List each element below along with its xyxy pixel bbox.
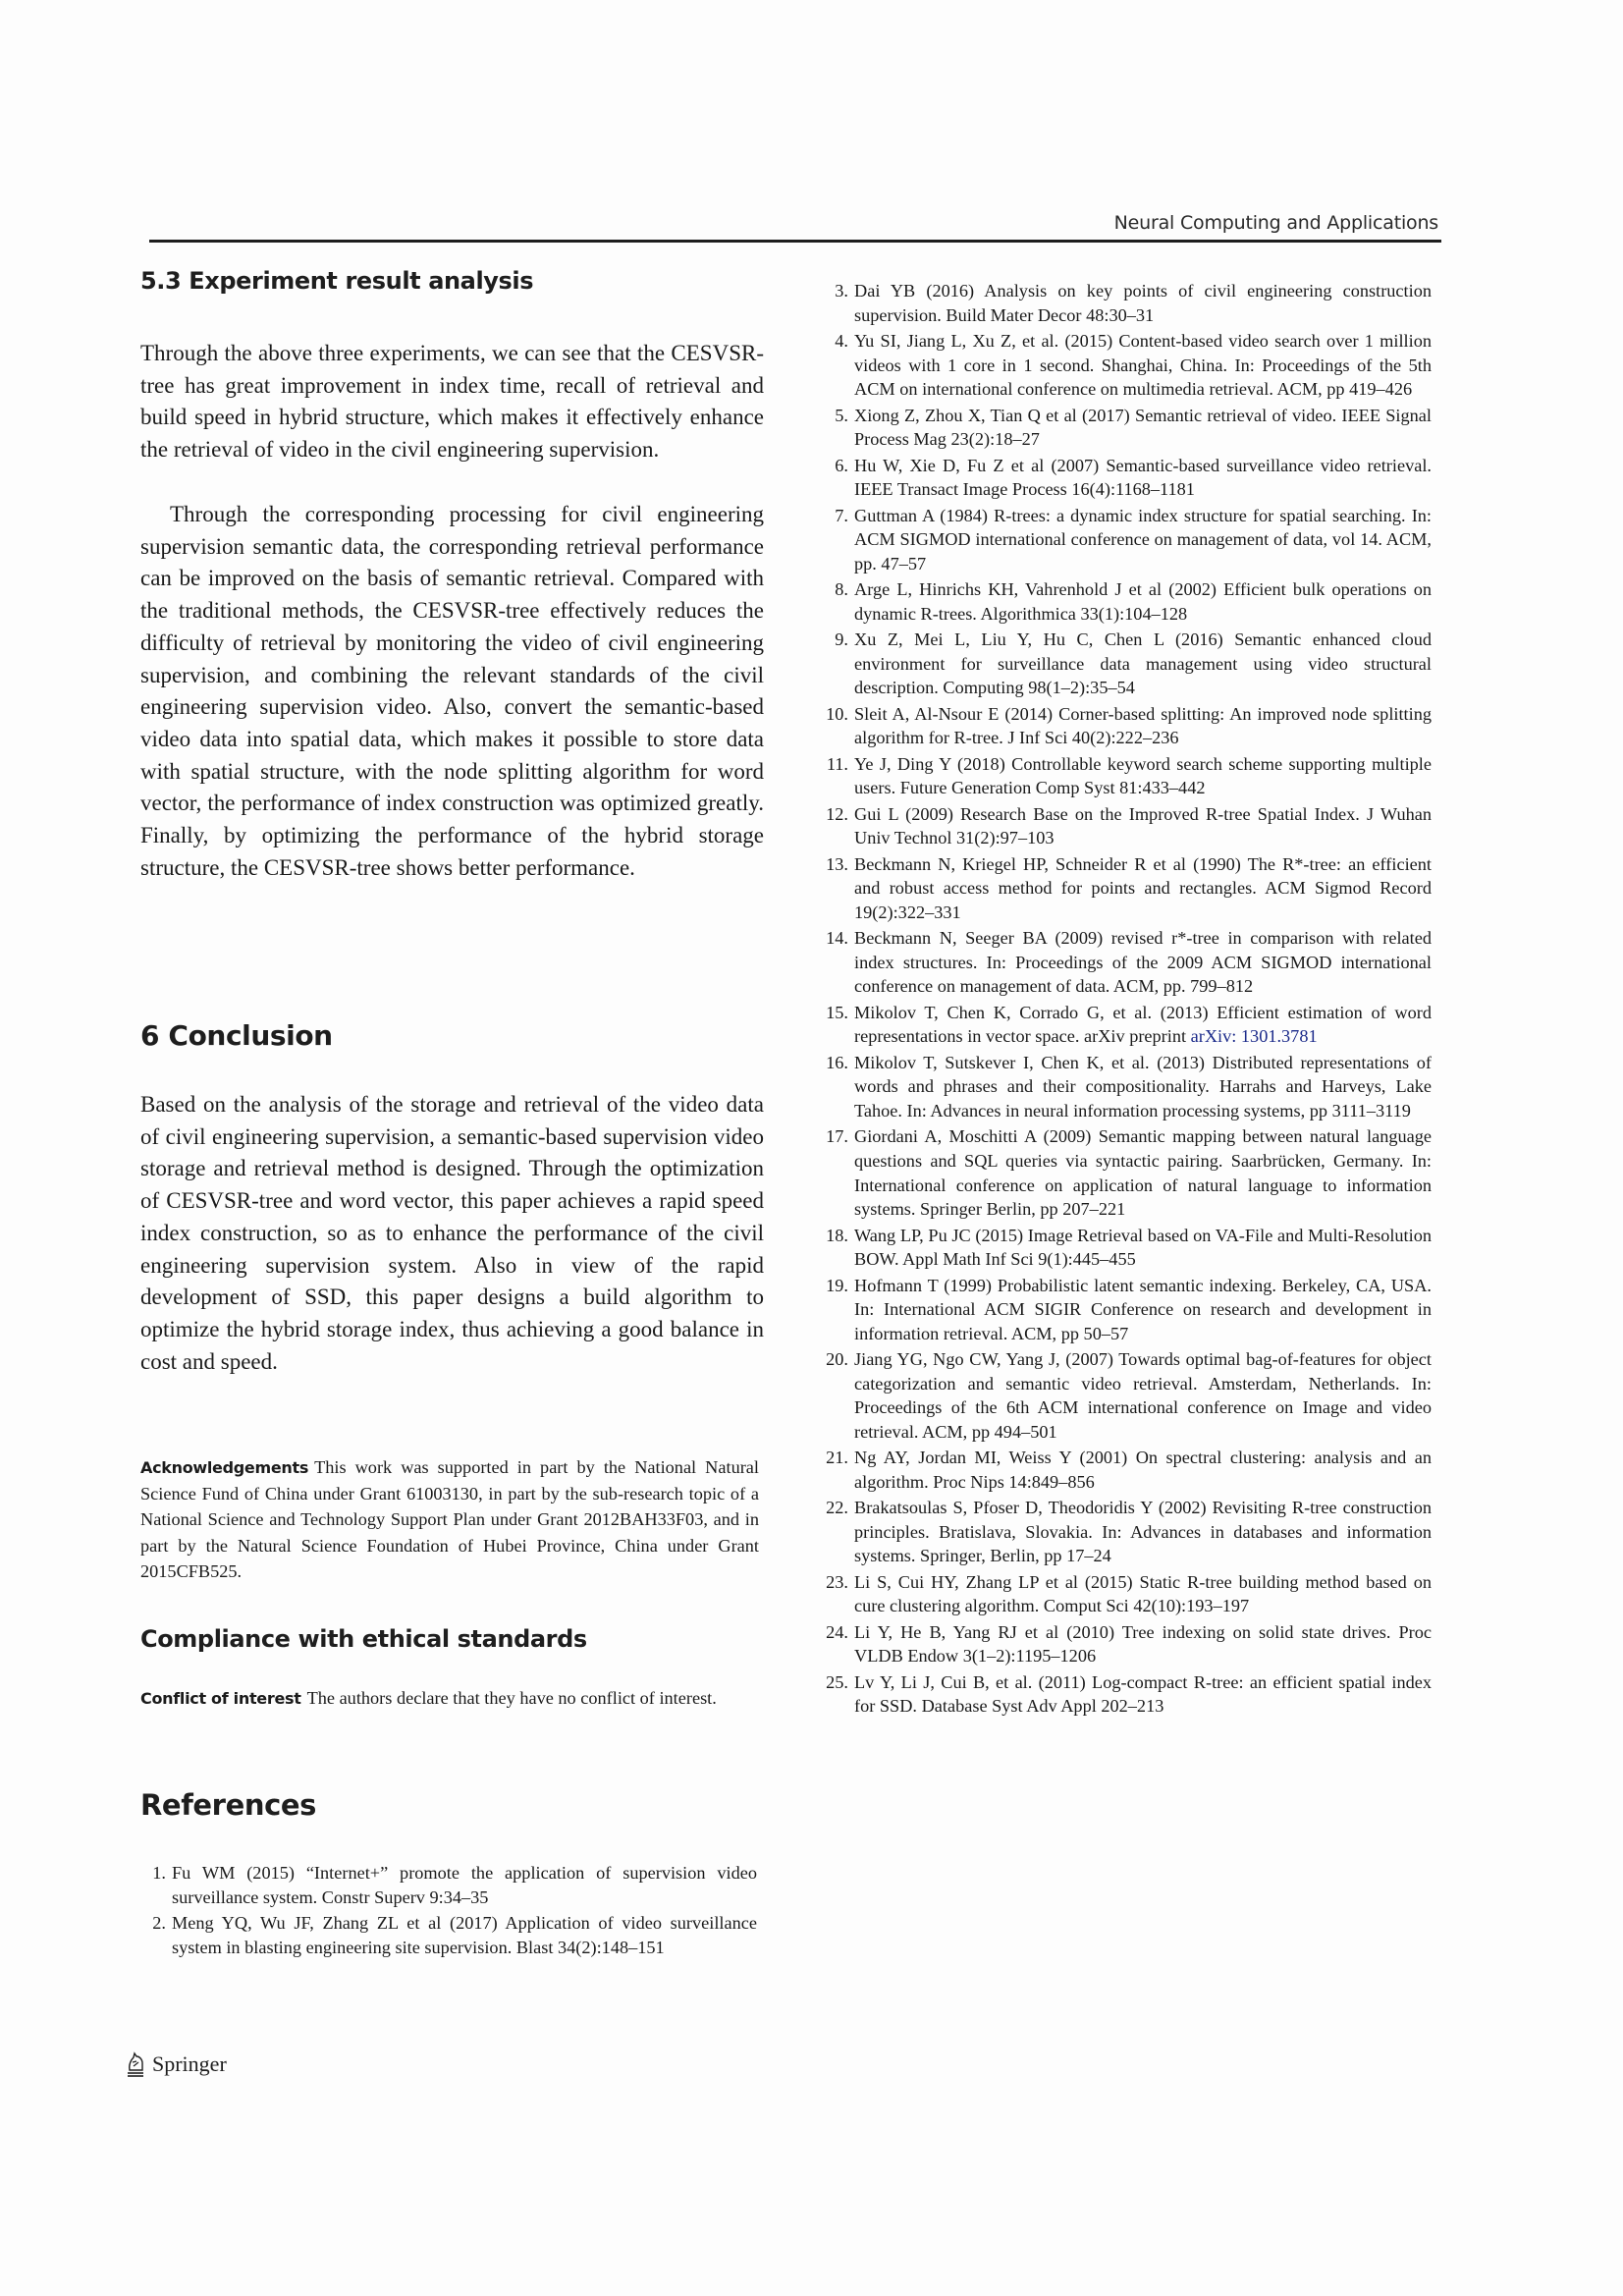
compliance-heading: Compliance with ethical standards [140, 1625, 587, 1653]
reference-item: 13.Beckmann N, Kriegel HP, Schneider R e… [823, 852, 1432, 925]
springer-knight-icon [125, 2050, 146, 2078]
section-5-3-paragraph-1: Through the above three experiments, we … [140, 338, 764, 466]
reference-item: 2.Meng YQ, Wu JF, Zhang ZL et al (2017) … [140, 1911, 757, 1959]
acknowledgements: AcknowledgementsThis work was supported … [140, 1454, 759, 1584]
running-head-journal: Neural Computing and Applications [1114, 212, 1438, 234]
conflict-text: The authors declare that they have no co… [307, 1688, 717, 1708]
section-5-3-heading: 5.3 Experiment result analysis [140, 267, 533, 295]
reference-item: 17.Giordani A, Moschitti A (2009) Semant… [823, 1124, 1432, 1221]
reference-item: 8.Arge L, Hinrichs KH, Vahrenhold J et a… [823, 577, 1432, 626]
reference-item: 14.Beckmann N, Seeger BA (2009) revised … [823, 926, 1432, 999]
reference-item: 18.Wang LP, Pu JC (2015) Image Retrieval… [823, 1224, 1432, 1272]
arxiv-link[interactable]: arXiv: 1301.3781 [1191, 1026, 1318, 1046]
reference-item: 20.Jiang YG, Ngo CW, Yang J, (2007) Towa… [823, 1347, 1432, 1444]
reference-item: 9.Xu Z, Mei L, Liu Y, Hu C, Chen L (2016… [823, 628, 1432, 700]
reference-list-right: 3.Dai YB (2016) Analysis on key points o… [823, 279, 1432, 1721]
conclusion-paragraph: Based on the analysis of the storage and… [140, 1089, 764, 1378]
reference-item: 22.Brakatsoulas S, Pfoser D, Theodoridis… [823, 1496, 1432, 1568]
reference-item: 15.Mikolov T, Chen K, Corrado G, et al. … [823, 1001, 1432, 1049]
reference-item: 6.Hu W, Xie D, Fu Z et al (2007) Semanti… [823, 454, 1432, 502]
reference-item: 11.Ye J, Ding Y (2018) Controllable keyw… [823, 752, 1432, 800]
reference-item: 23.Li S, Cui HY, Zhang LP et al (2015) S… [823, 1570, 1432, 1618]
reference-item: 25.Lv Y, Li J, Cui B, et al. (2011) Log-… [823, 1670, 1432, 1719]
reference-item: 16.Mikolov T, Sutskever I, Chen K, et al… [823, 1051, 1432, 1123]
reference-item: 24.Li Y, He B, Yang RJ et al (2010) Tree… [823, 1620, 1432, 1668]
conflict-of-interest: Conflict of interestThe authors declare … [140, 1685, 759, 1712]
header-rule [149, 240, 1441, 243]
conflict-label: Conflict of interest [140, 1689, 301, 1708]
reference-item: 1.Fu WM (2015) “Internet+” promote the a… [140, 1861, 757, 1909]
publisher-name: Springer [152, 2051, 227, 2077]
section-6-heading: 6 Conclusion [140, 1019, 333, 1052]
section-5-3-paragraph-2: Through the corresponding processing for… [140, 499, 764, 884]
paper-page: Neural Computing and Applications 5.3 Ex… [0, 0, 1623, 2296]
reference-item: 5.Xiong Z, Zhou X, Tian Q et al (2017) S… [823, 404, 1432, 452]
references-heading: References [140, 1788, 316, 1822]
reference-item: 12.Gui L (2009) Research Base on the Imp… [823, 802, 1432, 850]
reference-item: 19.Hofmann T (1999) Probabilistic latent… [823, 1274, 1432, 1346]
reference-item: 21.Ng AY, Jordan MI, Weiss Y (2001) On s… [823, 1446, 1432, 1494]
reference-item: 10.Sleit A, Al-Nsour E (2014) Corner-bas… [823, 702, 1432, 750]
reference-item: 7.Guttman A (1984) R-trees: a dynamic in… [823, 504, 1432, 576]
publisher-footer: Springer [125, 2050, 227, 2078]
reference-item: 4.Yu SI, Jiang L, Xu Z, et al. (2015) Co… [823, 329, 1432, 402]
acknowledgements-label: Acknowledgements [140, 1458, 308, 1477]
reference-list-left: 1.Fu WM (2015) “Internet+” promote the a… [140, 1861, 757, 1961]
reference-item: 3.Dai YB (2016) Analysis on key points o… [823, 279, 1432, 327]
